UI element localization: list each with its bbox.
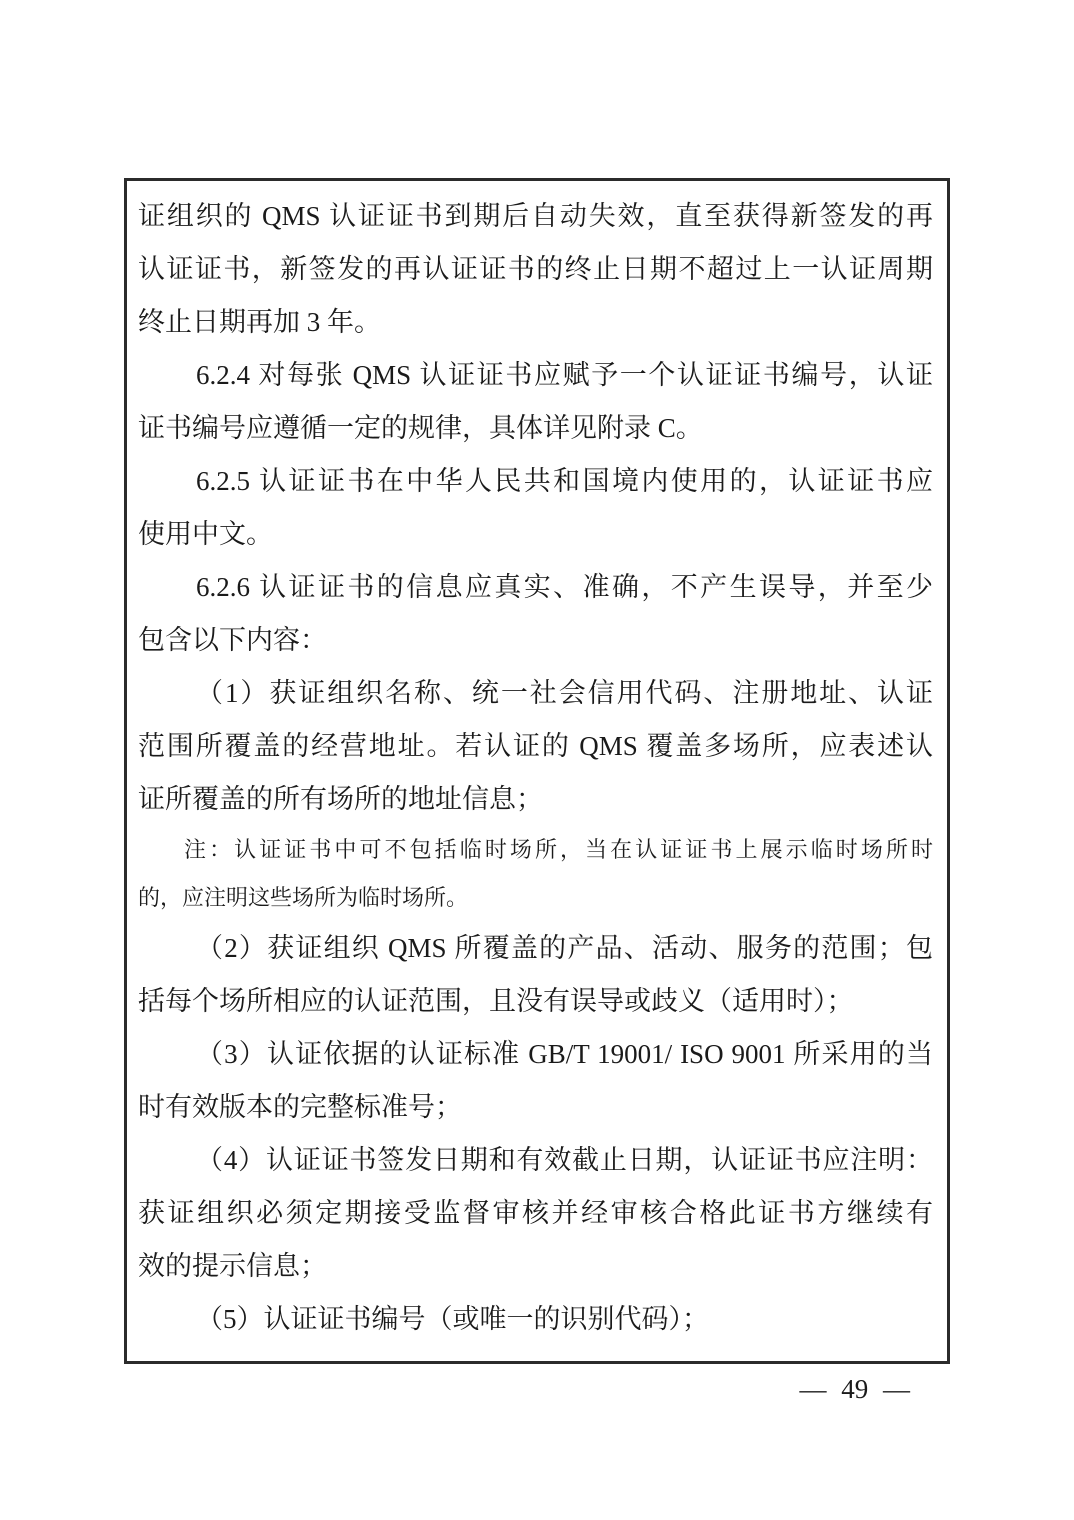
text-line: （4）认证证书签发日期和有效截止日期，认证证书应注明：	[138, 1134, 933, 1187]
text-line: （3）认证依据的认证标准 GB/T 19001/ ISO 9001 所采用的当	[138, 1028, 933, 1081]
text-line: 证书编号应遵循一定的规律，具体详见附录 C。	[138, 402, 933, 455]
text-line: 6.2.4 对每张 QMS 认证证书应赋予一个认证证书编号，认证	[138, 349, 933, 402]
text-line: 证组织的 QMS 认证证书到期后自动失效，直至获得新签发的再	[138, 190, 933, 243]
text-line: 括每个场所相应的认证范围，且没有误导或歧义（适用时）；	[138, 975, 933, 1028]
text-line: 包含以下内容：	[138, 614, 933, 667]
text-line: 终止日期再加 3 年。	[138, 296, 933, 349]
text-line: （5）认证证书编号（或唯一的识别代码）；	[138, 1293, 933, 1346]
text-block: 证组织的 QMS 认证证书到期后自动失效，直至获得新签发的再认证证书，新签发的再…	[138, 190, 933, 1346]
text-line: （2）获证组织 QMS 所覆盖的产品、活动、服务的范围；包	[138, 922, 933, 975]
text-line: 时有效版本的完整标准号；	[138, 1081, 933, 1134]
text-line: 6.2.6 认证证书的信息应真实、准确，不产生误导，并至少	[138, 561, 933, 614]
page-number: — 49 —	[800, 1374, 911, 1404]
page-footer: — 49 —	[0, 1372, 910, 1406]
text-line: 获证组织必须定期接受监督审核并经审核合格此证书方继续有	[138, 1187, 933, 1240]
page-content-frame: 证组织的 QMS 认证证书到期后自动失效，直至获得新签发的再认证证书，新签发的再…	[124, 178, 950, 1364]
text-line: 范围所覆盖的经营地址。若认证的 QMS 覆盖多场所，应表述认	[138, 720, 933, 773]
text-line: 证所覆盖的所有场所的地址信息；	[138, 773, 933, 826]
text-line: 6.2.5 认证证书在中华人民共和国境内使用的，认证证书应	[138, 455, 933, 508]
text-line: 的，应注明这些场所为临时场所。	[138, 874, 933, 922]
text-line: 认证证书，新签发的再认证证书的终止日期不超过上一认证周期	[138, 243, 933, 296]
text-line: 效的提示信息；	[138, 1240, 933, 1293]
text-line: （1）获证组织名称、统一社会信用代码、注册地址、认证	[138, 667, 933, 720]
document-page: 证组织的 QMS 认证证书到期后自动失效，直至获得新签发的再认证证书，新签发的再…	[0, 0, 1074, 1520]
text-line: 注：认证证书中可不包括临时场所，当在认证证书上展示临时场所时	[138, 826, 933, 874]
text-line: 使用中文。	[138, 508, 933, 561]
